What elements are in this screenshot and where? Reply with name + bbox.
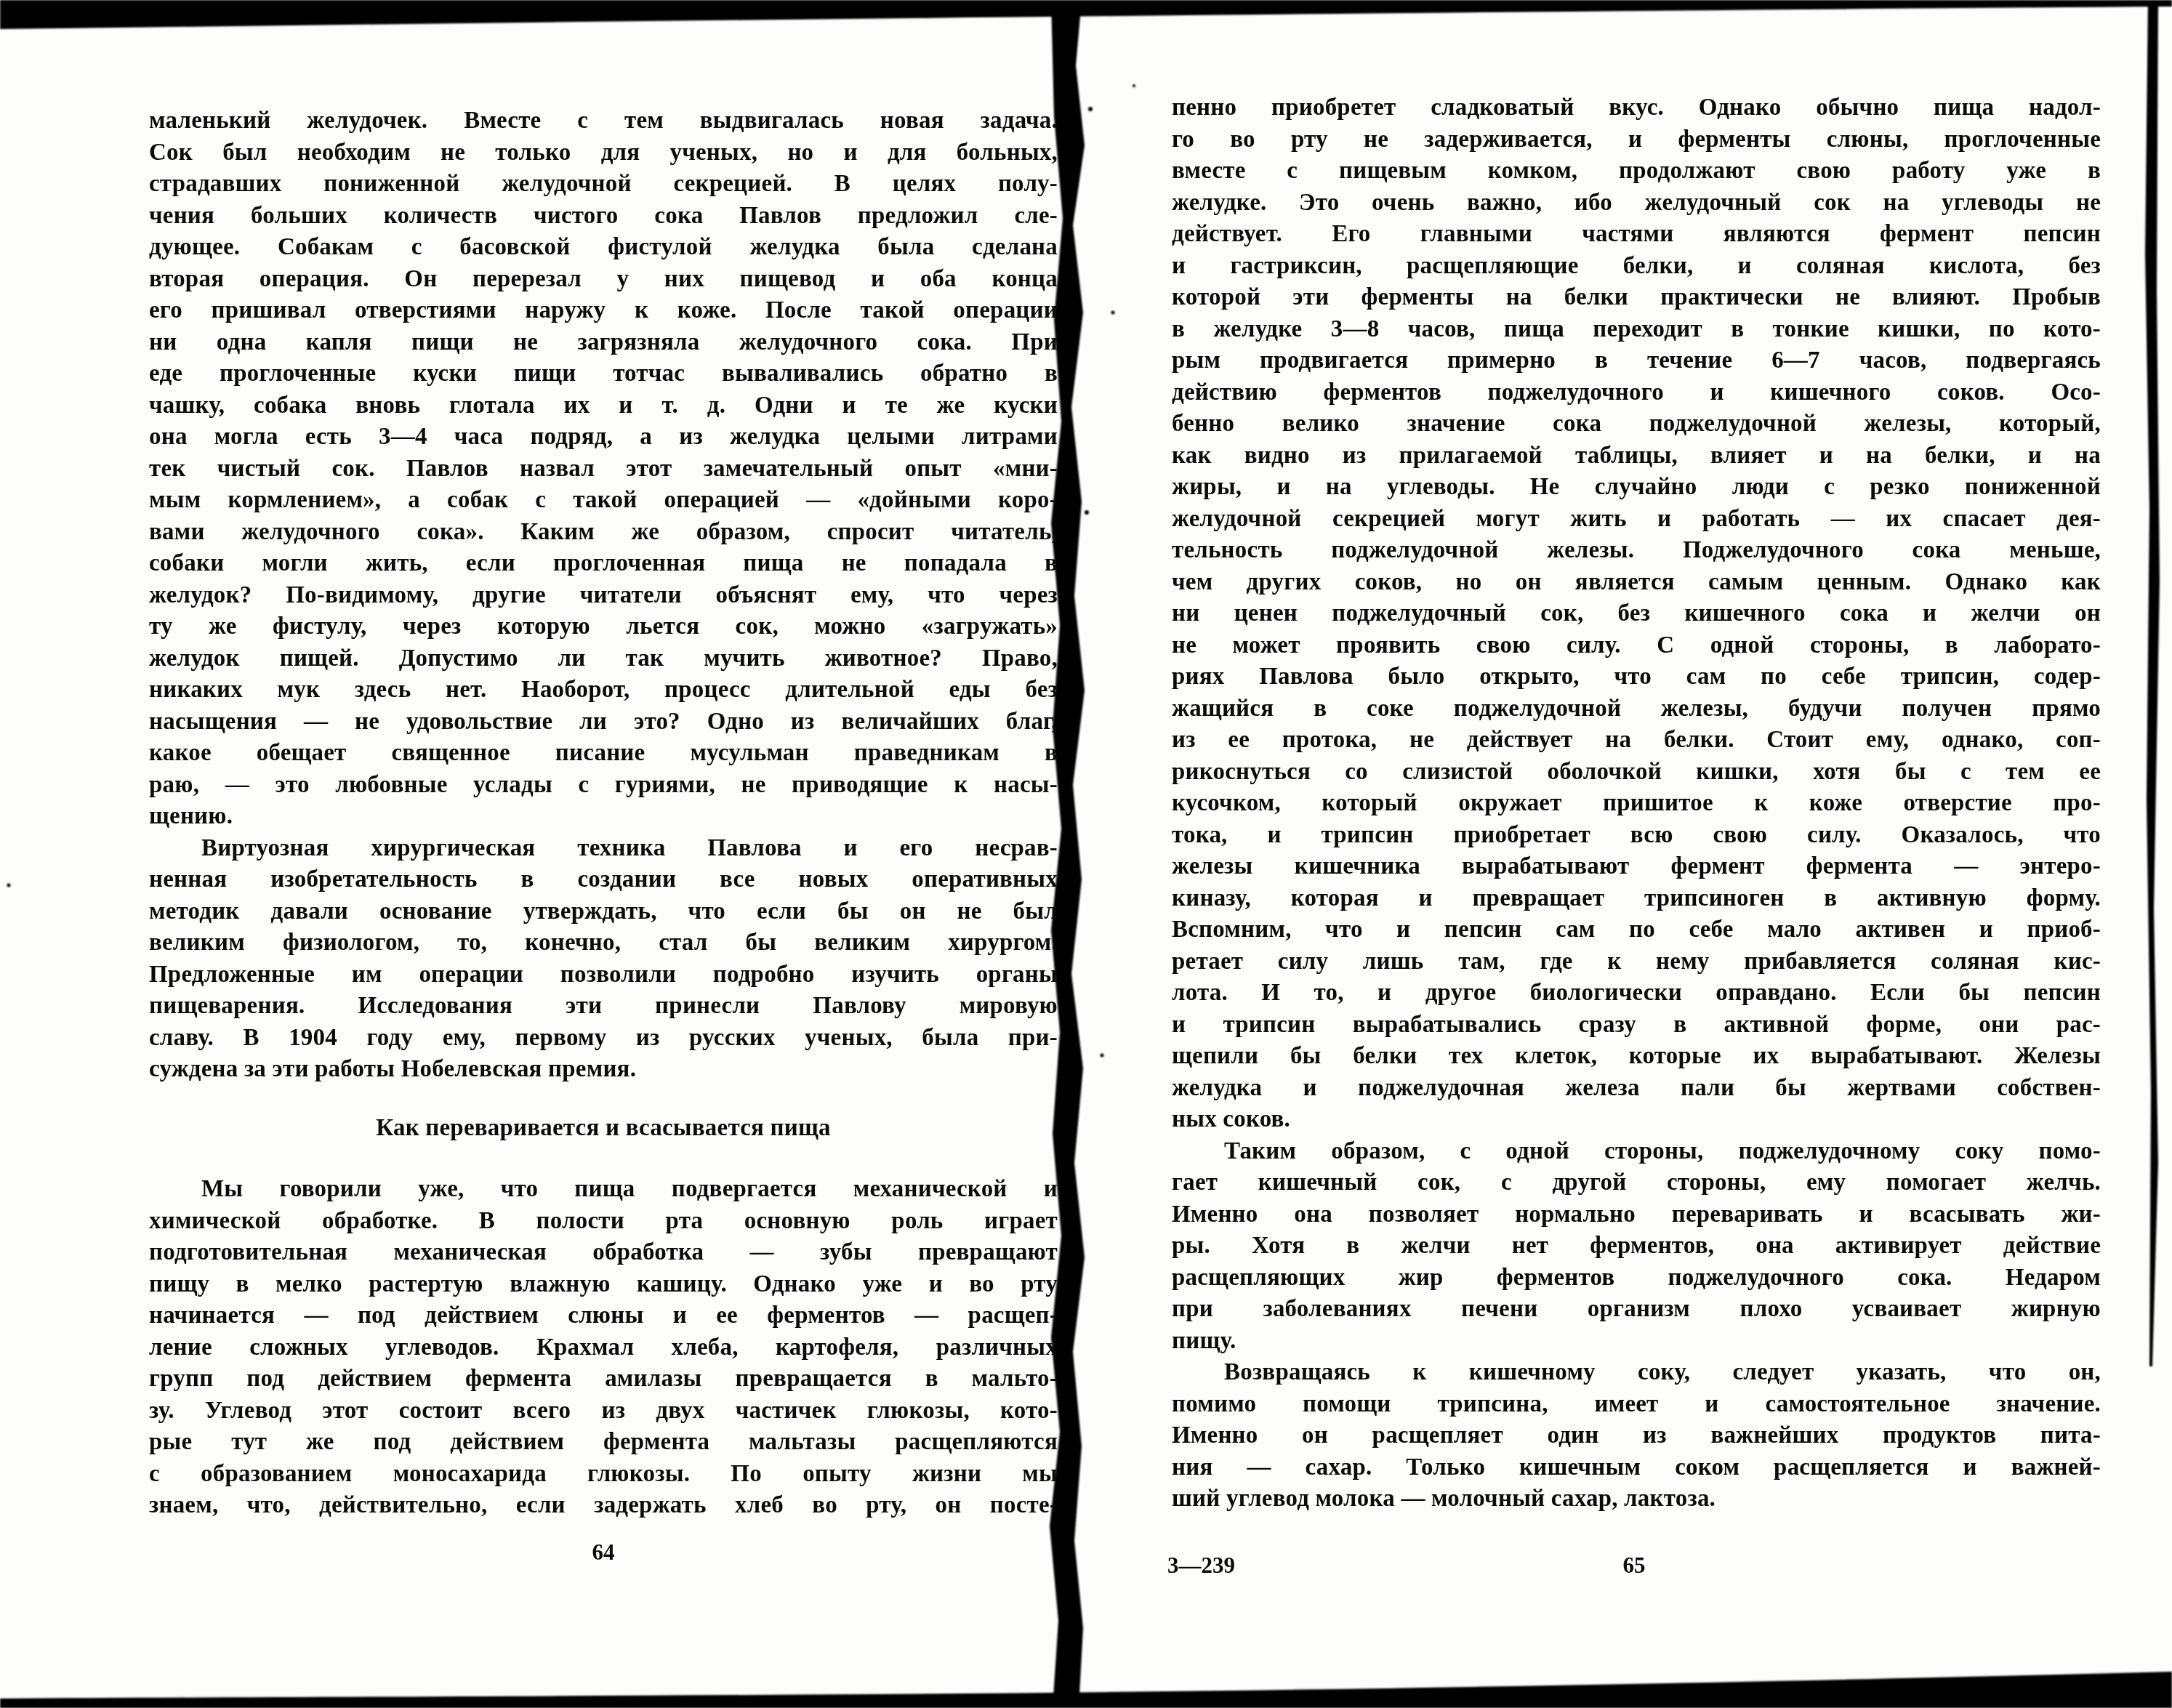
text-line: начинается — под действием слюны и ее фе…: [149, 1300, 1058, 1332]
text-line: никаких мук здесь нет. Наоборот, процесс…: [149, 674, 1058, 706]
text-line: лота. И то, и другое биологически оправд…: [1172, 978, 2101, 1010]
text-line: ни ценен поджелудочный сок, без кишечног…: [1172, 598, 2101, 630]
text-line: пищу в мелко растертую влажную кашицу. О…: [149, 1269, 1058, 1301]
text-line: ненная изобретательность в создании все …: [149, 864, 1058, 896]
text-line: славу. В 1904 году ему, первому из русск…: [149, 1023, 1058, 1055]
text-line: которой эти ферменты на белки практическ…: [1172, 282, 2101, 314]
text-line: Сок был необходим не только для ученых, …: [149, 137, 1058, 169]
text-line: и гастриксин, расщепляющие белки, и соля…: [1172, 251, 2101, 283]
text-line: с образованием моносахарида глюкозы. По …: [149, 1459, 1058, 1491]
text-line: Возвращаясь к кишечному соку, следует ук…: [1172, 1357, 2101, 1389]
text-line: групп под действием фермента амилазы пре…: [149, 1363, 1058, 1395]
text-line: действует. Его главными частями являются…: [1172, 219, 2101, 251]
scan-top-edge: [0, 0, 2172, 29]
text-line: жащийся в соке поджелудочной железы, буд…: [1172, 693, 2101, 725]
text-line: риях Павлова было открыто, что сам по се…: [1172, 661, 2101, 693]
text-line: кусочком, который окружает пришитое к ко…: [1172, 788, 2101, 820]
text-line: тек чистый сок. Павлов назвал этот замеч…: [149, 454, 1058, 486]
text-line: чения больших количеств чистого сока Пав…: [149, 201, 1058, 233]
print-run-code: 3—239: [1167, 1552, 1235, 1579]
text-line: великим физиологом, то, конечно, стал бы…: [149, 927, 1058, 959]
text-line: какое обещает священное писание мусульма…: [149, 738, 1058, 770]
text-line: рые тут же под действием фермента мальта…: [149, 1427, 1058, 1459]
text-line: Вспомним, что и пепсин сам по себе мало …: [1172, 914, 2101, 946]
text-line: киназу, которая и превращает трипсиноген…: [1172, 883, 2101, 915]
text-line: маленький желудочек. Вместе с тем выдвиг…: [149, 105, 1058, 137]
scan-speckle: [1111, 311, 1115, 315]
text-line: пищу.: [1172, 1326, 2101, 1358]
text-line: собаки могли жить, если проглоченная пищ…: [149, 548, 1058, 580]
text-line: рикоснуться со слизистой оболочкой кишки…: [1172, 757, 2101, 789]
scan-right-edge: [2145, 0, 2160, 1366]
text-line: Именно он расщепляет один из важнейших п…: [1172, 1420, 2101, 1452]
text-line: ретает силу лишь там, где к нему прибавл…: [1172, 946, 2101, 978]
text-line: пищеварения. Исследования эти принесли П…: [149, 991, 1058, 1023]
page-right-text-column: пенно приобретет сладковатый вкус. Однак…: [1172, 92, 2101, 1515]
text-line: гает кишечный сок, с другой стороны, ему…: [1172, 1167, 2101, 1199]
text-line: щепили бы белки тех клеток, которые их в…: [1172, 1041, 2101, 1073]
scan-speckle: [7, 884, 11, 887]
text-line: насыщения — не удовольствие ли это? Одно…: [149, 706, 1058, 738]
text-line: бенно велико значение сока поджелудочной…: [1172, 408, 2101, 440]
text-line: Виртуозная хирургическая техника Павлова…: [149, 833, 1058, 865]
text-line: методик давали основание утверждать, что…: [149, 896, 1058, 928]
text-line: расщепляющих жир ферментов поджелудочног…: [1172, 1262, 2101, 1294]
text-line: жиры, и на углеводы. Не случайно люди с …: [1172, 472, 2101, 504]
text-line: помимо помощи трипсина, имеет и самостоя…: [1172, 1389, 2101, 1421]
book-scan: маленький желудочек. Вместе с тем выдвиг…: [0, 0, 2172, 1708]
text-line: суждена за эти работы Нобелевская премия…: [149, 1054, 1058, 1086]
text-line: ление сложных углеводов. Крахмал хлеба, …: [149, 1332, 1058, 1364]
text-line: раю, — это любовные услады с гуриями, не…: [149, 770, 1058, 802]
text-line: страдавших пониженной желудочной секреци…: [149, 169, 1058, 201]
text-line: ры. Хотя в желчи нет ферментов, она акти…: [1172, 1230, 2101, 1262]
scan-speckle: [1133, 84, 1135, 87]
text-line: вторая операция. Он перерезал у них пище…: [149, 264, 1058, 296]
scan-bottom-edge: [0, 1672, 2172, 1708]
text-line: го во рту не задерживается, и ферменты с…: [1172, 124, 2101, 156]
section-heading: Как переваривается и всасывается пища: [149, 1113, 1058, 1145]
text-line: желудок пищей. Допустимо ли так мучить ж…: [149, 643, 1058, 675]
text-line: желудке. Это очень важно, ибо желудочный…: [1172, 188, 2101, 219]
text-line: в желудке 3—8 часов, пища переходит в то…: [1172, 314, 2101, 346]
page-right-footer: 3—239 65: [1167, 1552, 2101, 1579]
text-line: пенно приобретет сладковатый вкус. Однак…: [1172, 92, 2101, 124]
text-line: Именно она позволяет нормально переварив…: [1172, 1199, 2101, 1231]
text-line: из ее протока, не действует на белки. Ст…: [1172, 725, 2101, 757]
text-line: еде проглоченные куски пищи тотчас вывал…: [149, 358, 1058, 390]
scan-speckle: [1085, 510, 1089, 515]
text-line: действию ферментов поджелудочного и кише…: [1172, 377, 2101, 409]
text-line: желудочной секрецией могут жить и работа…: [1172, 504, 2101, 536]
text-line: она могла есть 3—4 часа подряд, а из жел…: [149, 422, 1058, 454]
text-line: желудок? По-видимому, другие читатели об…: [149, 580, 1058, 612]
text-line: зу. Углевод этот состоит всего из двух ч…: [149, 1395, 1058, 1427]
text-line: и трипсин вырабатывались сразу в активно…: [1172, 1010, 2101, 1042]
text-line: как видно из прилагаемой таблицы, влияет…: [1172, 440, 2101, 472]
page-number-left: 64: [149, 1539, 1058, 1566]
text-line: химической обработке. В полости рта осно…: [149, 1206, 1058, 1238]
text-line: при заболеваниях печени организм плохо у…: [1172, 1294, 2101, 1326]
text-line: ния — сахар. Только кишечным соком расще…: [1172, 1452, 2101, 1484]
text-line: ни одна капля пищи не загрязняла желудоч…: [149, 327, 1058, 359]
text-line: его пришивал отверстиями наружу к коже. …: [149, 295, 1058, 327]
text-line: желудка и поджелудочная железа пали бы ж…: [1172, 1073, 2101, 1105]
page-left-text-column: маленький желудочек. Вместе с тем выдвиг…: [149, 105, 1058, 1522]
text-line: вместе с пищевым комком, продолжают свою…: [1172, 156, 2101, 188]
scan-speckle: [1101, 1054, 1104, 1058]
scan-speckle: [1088, 107, 1093, 111]
text-line: Таким образом, с одной стороны, поджелуд…: [1172, 1136, 2101, 1168]
text-line: тока, и трипсин приобретает всю свою сил…: [1172, 820, 2101, 852]
text-line: тельность поджелудочной железы. Поджелуд…: [1172, 535, 2101, 567]
text-line: Мы говорили уже, что пища подвергается м…: [149, 1174, 1058, 1206]
text-line: ных соков.: [1172, 1104, 2101, 1136]
text-line: ту же фистулу, через которую льется сок,…: [149, 611, 1058, 643]
text-line: знаем, что, действительно, если задержат…: [149, 1490, 1058, 1522]
text-line: чашку, собака вновь глотала их и т. д. О…: [149, 390, 1058, 422]
text-line: Предложенные им операции позволили подро…: [149, 959, 1058, 991]
page-number-right: 65: [1167, 1552, 2101, 1579]
text-line: подготовительная механическая обработка …: [149, 1237, 1058, 1269]
text-line: ший углевод молока — молочный сахар, лак…: [1172, 1483, 2101, 1515]
text-line: мым кормлением», а собак с такой операци…: [149, 485, 1058, 517]
text-line: не может проявить свою силу. С одной сто…: [1172, 630, 2101, 662]
text-line: вами желудочного сока». Каким же образом…: [149, 517, 1058, 549]
text-line: железы кишечника вырабатывают фермент фе…: [1172, 851, 2101, 883]
text-line: рым продвигается примерно в течение 6—7 …: [1172, 345, 2101, 377]
text-line: щению.: [149, 801, 1058, 833]
text-line: дующее. Собакам с басовской фистулой жел…: [149, 232, 1058, 264]
text-line: чем других соков, но он является самым ц…: [1172, 567, 2101, 599]
